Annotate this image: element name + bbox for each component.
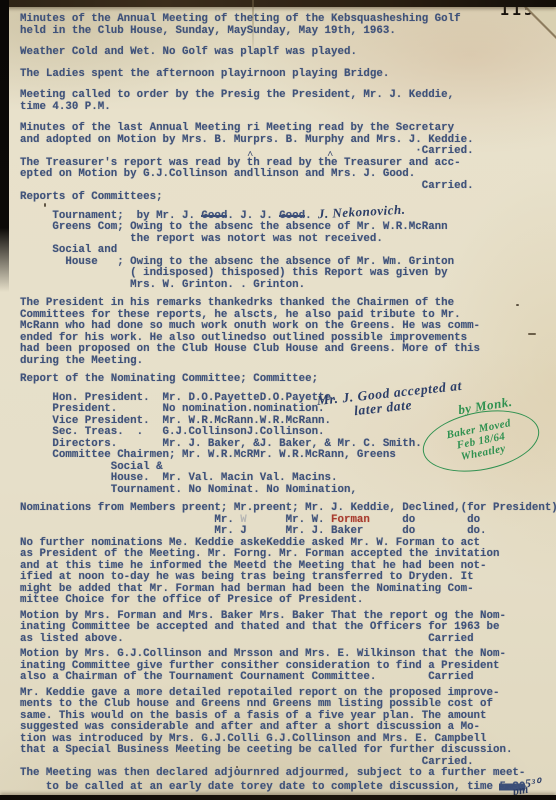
motion-further-consideration: Motion by Mrs. G.J.Collinson and Mrsson … (20, 649, 556, 684)
title: Minutes of the Annual Meeting of theting… (20, 14, 556, 37)
paper-speck (516, 304, 519, 306)
typed-text: Report of the Nominating Committee; Comm… (20, 373, 318, 385)
typed-text: inating Committee give further consither… (20, 660, 499, 672)
typed-text: Tournament; by Mr. J. (20, 210, 201, 222)
typed-text: The Meeting was then declared adjournred… (20, 767, 525, 779)
insertion-caret: ^ (327, 149, 333, 161)
paper-speck (236, 766, 238, 768)
typed-text: Motion by Mrs. G.J.Collinson and Mrsson … (20, 648, 506, 660)
typed-text: ( indisposed) thisposed) this Report was… (20, 267, 448, 279)
typed-text: Meeting called to order by the Presig th… (20, 89, 454, 101)
typed-text: McRann who had done so much work onuth w… (20, 320, 480, 332)
nominations-from-members: Nominations from Members preent; Mr.pree… (20, 503, 556, 607)
typed-text: President. No nomination.nomination. (20, 403, 325, 415)
typed-line: held in the Club House, Sunday, MaySunda… (20, 26, 556, 38)
typed-text: tion was introduced by Mrs. G.J.Colli G.… (20, 733, 487, 745)
typed-text: Sec. Treas. . G.J.CollinsonJ.Collinson. (20, 426, 325, 438)
typed-text: Reports of Committees; (20, 191, 163, 203)
typed-line: time 4.30 P.M. (20, 102, 556, 114)
typed-text: might be added that Mr. Forman had berma… (20, 583, 474, 595)
typed-text: inating Committee be accepted and thated… (20, 621, 499, 633)
typed-text: Mr. J Mr. J. Baker do do. (20, 525, 487, 537)
typed-text: House. Mr. Val. Macin Val. Macins. (20, 472, 337, 484)
scanned-minutes-page: Minutes of the Annual Meeting of theting… (0, 0, 556, 800)
typed-text: . (305, 210, 318, 222)
typed-text: ments to the Club house and Greens nnd G… (20, 698, 493, 710)
typed-text: Weather Cold and Wet. No Golf was plaplf… (20, 46, 357, 58)
typed-text: do do (370, 514, 480, 526)
typed-text: Social & (20, 461, 163, 473)
typed-text: during the Meeting. (20, 355, 143, 367)
typed-text: as President of the Meeting. Mr. Forng. … (20, 548, 499, 560)
scan-edge-bottom (0, 795, 556, 800)
typed-text: Mr. W. (247, 514, 331, 526)
typed-text: Mr. Keddie gave a more detailed repotail… (20, 687, 499, 699)
typed-line: Mrs. W. Grinton. . Grinton. (20, 280, 556, 292)
typed-text: The President in his remarks thankedrks … (20, 297, 454, 309)
typed-line: to be called at an early date torey date… (20, 780, 556, 794)
paper-crease (252, 0, 254, 58)
typed-line: Weather Cold and Wet. No Golf was plaplf… (20, 47, 556, 59)
typed-text: Nominations from Members preent; Mr.pree… (20, 502, 556, 514)
typed-text: Greens Com; Owing to the absenc the abse… (20, 221, 448, 233)
typed-text: and at this time he informed the Meetd t… (20, 560, 487, 572)
typed-text: Mr. (20, 514, 240, 526)
typed-text: Vice President. Mr. W.R.McRann.W.R.McRan… (20, 415, 331, 427)
typed-text: Carried. (20, 180, 474, 192)
typed-text: No further nominations Me. Keddie askeKe… (20, 537, 480, 549)
typed-text: same. This would on the basis of a fasis… (20, 710, 487, 722)
typed-text: suggested was considerable and after and… (20, 721, 480, 733)
typed-line: Tournament; by Mr. J. Good. J. J. Good. … (20, 208, 556, 223)
typed-text: had been proposed on the Club House Club… (20, 343, 480, 355)
typed-text: to be called at an early date torey date… (20, 781, 499, 793)
pencil-dash (528, 333, 536, 335)
typed-text: Hon. President. Mr. D.O.PayetteD.O.Payet… (20, 392, 337, 404)
typed-line: mittee Choice for the office of Presice … (20, 595, 556, 607)
typed-text: held in the Club House, Sunday, MaySunda… (20, 25, 396, 37)
typed-text: that a Special Business Meeting be ceeti… (20, 744, 512, 756)
scan-edge-top (0, 0, 556, 7)
typed-text: as listed above. Carried (20, 633, 474, 645)
typed-text: also a Chairman of the Tournament Courna… (20, 671, 474, 683)
typed-text: Committees for these reports, he alscts,… (20, 309, 461, 321)
weather: Weather Cold and Wet. No Golf was plaplf… (20, 47, 556, 59)
struck-text: Good (279, 210, 305, 222)
typed-line: also a Chairman of the Tournament Courna… (20, 672, 556, 684)
typed-text: Motion by Mrs. Forman and Mrs. Baker Mrs… (20, 610, 506, 622)
typed-text: The Ladies spent the afternoon playirnoo… (20, 68, 389, 80)
typed-text: ified at noon to-day he was being tras b… (20, 571, 474, 583)
typed-text: Tournament. No Nominat. No Nomination, (20, 484, 357, 496)
typed-text: Committee Chairmen; Mr. W.R.McRMr. W.R.M… (20, 449, 396, 461)
typed-text: the report was notort was not received. (20, 233, 383, 245)
typed-line: The Meeting was then declared adjournred… (20, 768, 556, 780)
typed-text: The Treasurer's report was read by th re… (20, 157, 461, 169)
typed-text: Directors. Mr. J. Baker, &J. Baker, & Mr… (20, 438, 422, 450)
typed-line: as listed above. Carried (20, 634, 556, 646)
president-remarks: The President in his remarks thankedrks … (20, 298, 556, 367)
paper-speck (330, 769, 332, 771)
call-to-order: Meeting called to order by the Presig th… (20, 90, 556, 113)
typed-text: House ; Owing to the absenc the absence … (20, 256, 454, 268)
insertion-caret: ^ (247, 149, 253, 161)
handwritten-text: J. Nekonovich. (318, 203, 406, 219)
improvements-and-adjournment: Mr. Keddie gave a more detailed repotail… (20, 688, 556, 794)
struck-text: Good (201, 210, 227, 222)
typed-text: ended for his work. He also outlinedso o… (20, 332, 467, 344)
typed-text: Social and (20, 244, 117, 256)
typed-text: Minutes of the last Annual Meeting ri Me… (20, 122, 454, 134)
motion-officers: Motion by Mrs. Forman and Mrs. Baker Mrs… (20, 611, 556, 646)
ladies-bridge: The Ladies spent the afternoon playirnoo… (20, 69, 556, 81)
typed-text: mittee Choice for the office of Presice … (20, 594, 363, 606)
paper-speck (44, 203, 46, 207)
typed-text: and adopted on Motion by Mrs. B. Murprs.… (20, 134, 474, 146)
typed-line: Reports of Committees; (20, 192, 556, 204)
red-typed-text: Forman (331, 514, 370, 526)
typed-text: Minutes of the Annual Meeting of theting… (20, 13, 461, 25)
typed-line: during the Meeting. (20, 356, 556, 368)
typed-text: epted on Motion by G.J.Collinson andllin… (20, 168, 415, 180)
typed-line: The Ladies spent the afternoon playirnoo… (20, 69, 556, 81)
typed-text: . J. J. (227, 210, 279, 222)
scan-edge-left (0, 0, 9, 292)
committee-reports: Tournament; by Mr. J. Good. J. J. Good. … (20, 208, 556, 292)
typed-text: Carried. (20, 756, 474, 768)
typed-text: time 4.30 P.M. (20, 101, 111, 113)
minutes-and-treasurer: Minutes of the last Annual Meeting ri Me… (20, 123, 556, 204)
typed-text: Mrs. W. Grinton. . Grinton. (20, 279, 305, 291)
typed-line: Tournament. No Nominat. No Nomination, (20, 485, 556, 497)
